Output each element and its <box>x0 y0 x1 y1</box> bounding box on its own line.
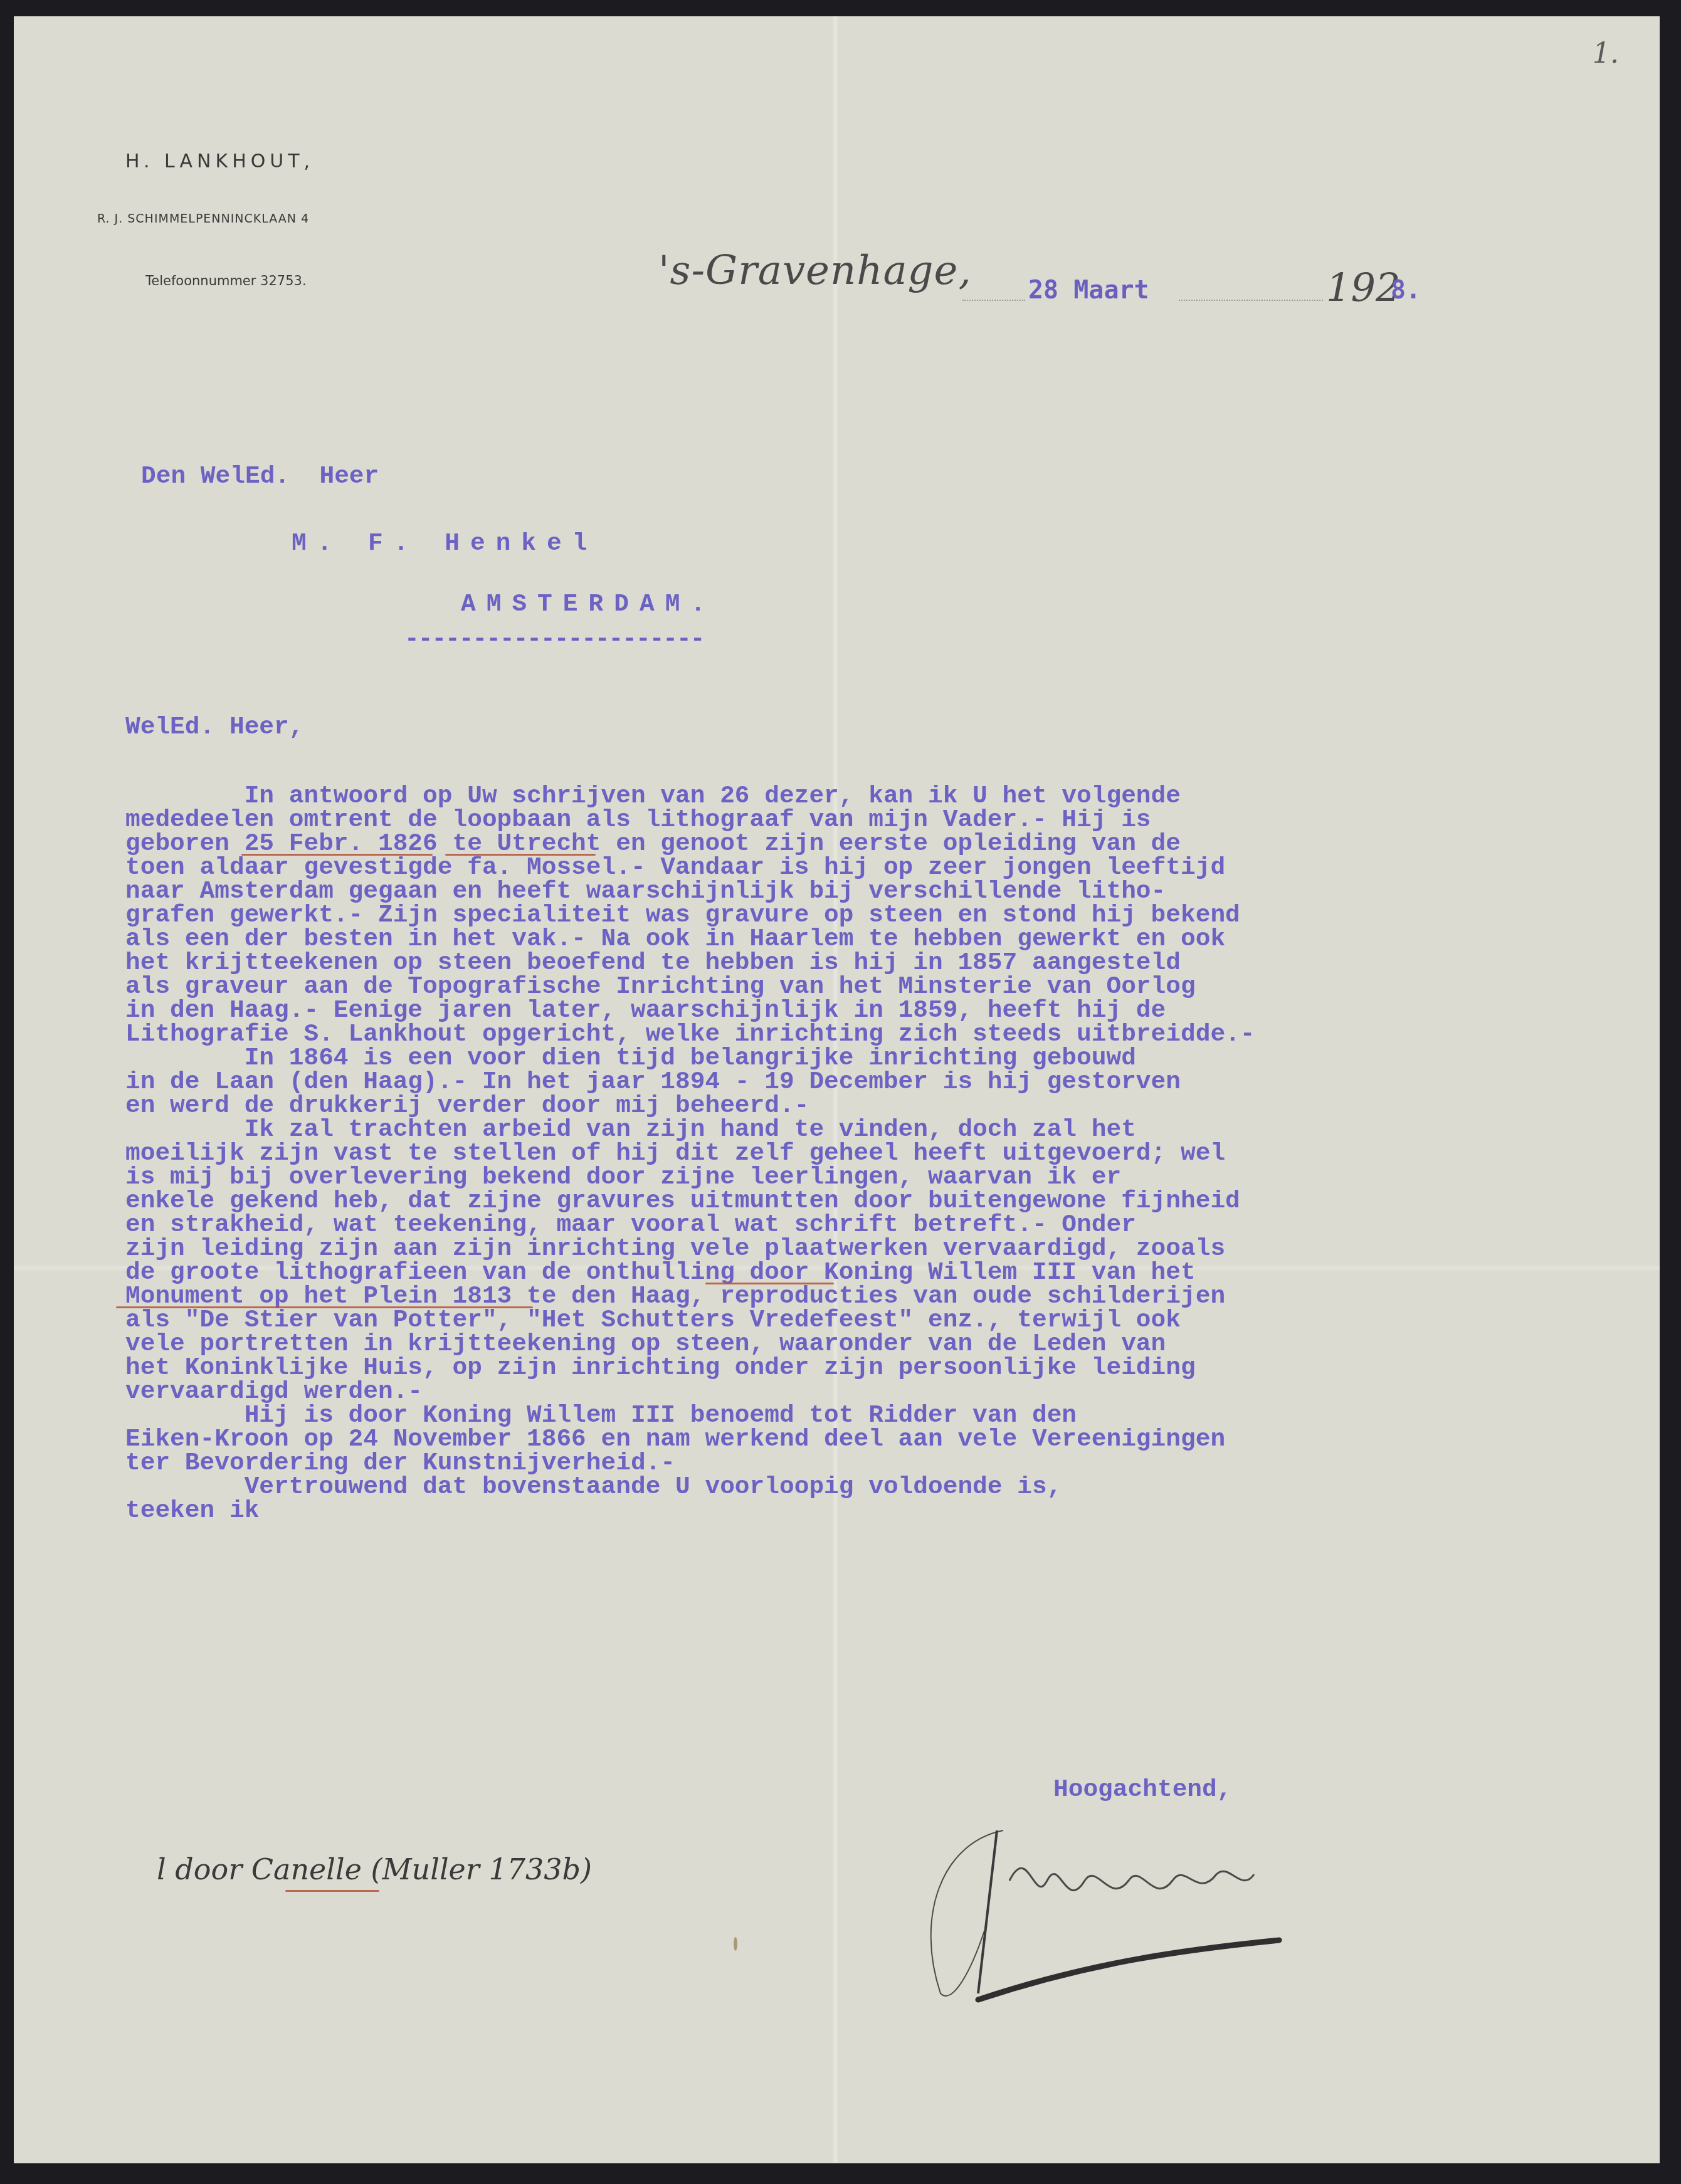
body-line: Vertrouwend dat bovenstaande U voorloopi… <box>125 1474 1062 1499</box>
body-line: het Koninklijke Huis, op zijn inrichting… <box>125 1355 1196 1380</box>
body-line: is mij bij overlevering bekend door zijn… <box>125 1165 1121 1190</box>
page-number: 1. <box>1593 38 1619 70</box>
body-line: mededeelen omtrent de loopbaan als litho… <box>125 807 1151 832</box>
recipient-rule: ---------------------- <box>404 627 704 652</box>
body-line: Monument op het Plein 1813 te den Haag, … <box>125 1284 1225 1309</box>
body-line: naar Amsterdam gegaan en heeft waarschij… <box>125 879 1166 904</box>
body-line: in den Haag.- Eenige jaren later, waarsc… <box>125 998 1166 1023</box>
body-line: in de Laan (den Haag).- In het jaar 1894… <box>125 1069 1181 1095</box>
body-line: teeken ik <box>125 1498 259 1523</box>
date-century: 192 <box>1326 265 1400 310</box>
date-year-digit: 8. <box>1391 276 1421 305</box>
underline-monument <box>116 1306 533 1308</box>
body-line: zijn leiding zijn aan zijn inrichting ve… <box>125 1236 1225 1261</box>
letterhead-address: R. J. SCHIMMELPENNINCKLAAN 4 <box>97 212 309 226</box>
body-line: grafen gewerkt.- Zijn specialiteit was g… <box>125 903 1240 928</box>
body-line: Eiken-Kroon op 24 November 1866 en nam w… <box>125 1427 1225 1452</box>
underline-birth-date <box>241 854 433 856</box>
underline-utrecht <box>445 854 596 856</box>
letter-body: In antwoord op Uw schrijven van 26 dezer… <box>0 0 29 792</box>
body-line: Lithografie S. Lankhout opgericht, welke… <box>125 1022 1255 1047</box>
body-line: ter Bevordering der Kunstnijverheid.- <box>125 1451 675 1476</box>
date-day-month: 28 Maart <box>1028 276 1149 305</box>
body-line: vele portretten in krijtteekening op ste… <box>125 1331 1166 1357</box>
letterhead-telephone: Telefoonnummer 32753. <box>145 273 307 288</box>
body-line: als een der besten in het vak.- Na ook i… <box>125 927 1225 952</box>
body-line: vervaardigd werden.- <box>125 1379 423 1404</box>
greeting: WelEd. Heer, <box>125 715 303 740</box>
margin-note: l door Canelle (Muller 1733b) <box>157 1852 592 1886</box>
body-line: In antwoord op Uw schrijven van 26 dezer… <box>125 784 1181 809</box>
recipient-name: M. F. Henkel <box>292 531 598 556</box>
recipient-salutation: Den WelEd. Heer <box>141 464 379 489</box>
letterhead-name: H. LANKHOUT, <box>125 150 314 172</box>
body-line: enkele gekend heb, dat zijne gravures ui… <box>125 1189 1240 1214</box>
body-line: als graveur aan de Topografische Inricht… <box>125 974 1196 999</box>
underline-canelle <box>285 1890 379 1892</box>
body-line: en strakheid, wat teekening, maar vooral… <box>125 1212 1136 1237</box>
body-line: het krijtteekenen op steen beoefend te h… <box>125 950 1181 975</box>
underline-onthulling <box>705 1283 834 1284</box>
paper-blemish <box>734 1937 737 1951</box>
body-line: de groote lithografieen van de onthullin… <box>125 1260 1196 1285</box>
closing: Hoogachtend, <box>1053 1777 1231 1802</box>
body-line: toen aldaar gevestigde fa. Mossel.- Vand… <box>125 855 1225 880</box>
body-line: en werd de drukkerij verder door mij beh… <box>125 1093 809 1118</box>
body-line: Hij is door Koning Willem III benoemd to… <box>125 1403 1077 1428</box>
signature <box>903 1805 1417 2012</box>
body-line: In 1864 is een voor dien tijd belangrijk… <box>125 1046 1136 1071</box>
body-line: moeilijk zijn vast te stellen of hij dit… <box>125 1141 1225 1166</box>
recipient-city: AMSTERDAM. <box>461 592 716 617</box>
date-dotted-rule <box>962 300 1025 301</box>
body-line: als "De Stier van Potter", "Het Schutter… <box>125 1308 1181 1333</box>
dateline-place: 's-Gravenhage, <box>658 248 972 294</box>
body-line: geboren 25 Febr. 1826 te Utrecht en geno… <box>125 831 1181 856</box>
date-dotted-rule <box>1179 300 1323 301</box>
body-line: Ik zal trachten arbeid van zijn hand te … <box>125 1117 1136 1142</box>
